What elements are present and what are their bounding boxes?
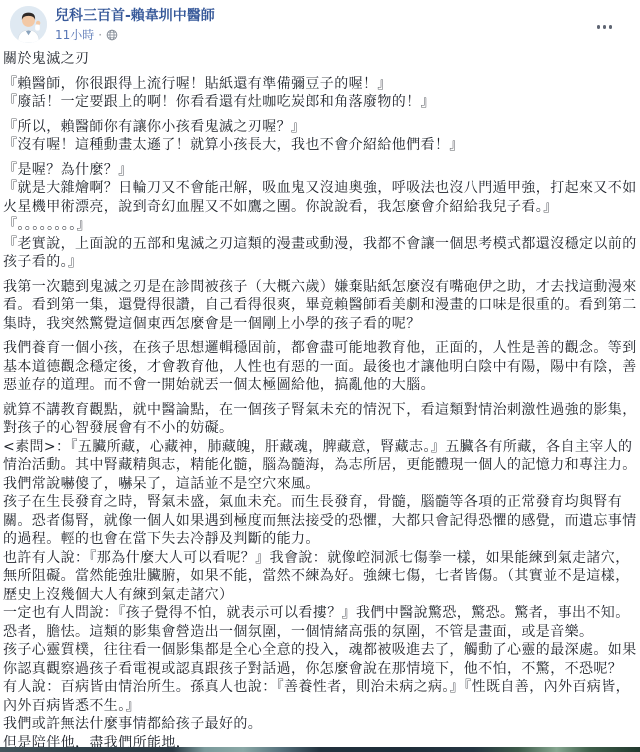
- post-paragraph: 『是喔？為什麼？』 『就是大雜燴啊？日輪刀又不會能卍解，吸血鬼又沒迪奧強，呼吸法…: [3, 161, 637, 272]
- post-paragraph: 我第一次聽到鬼滅之刃是在診間被孩子（大概六歲）嫌棄貼紙怎麼沒有嘴砲伊之助，才去找…: [3, 278, 637, 334]
- post-paragraph-title: 關於鬼滅之刃: [3, 50, 637, 69]
- attached-photo-top-edge[interactable]: [0, 747, 640, 752]
- post-header-text: 兒科三百首-賴韋圳中醫師 11小時 ·: [55, 6, 215, 42]
- doctor-avatar-image: [10, 6, 47, 43]
- post-paragraph: 『所以，賴醫師你有讓你小孩看鬼滅之刃喔？』 『沒有喔！這種動畫太遜了！就算小孩長…: [3, 118, 637, 155]
- globe-privacy-icon: [106, 29, 118, 41]
- post-meta: 11小時 ·: [55, 28, 215, 42]
- page-name-link[interactable]: 兒科三百首-賴韋圳中醫師: [55, 7, 215, 26]
- post-paragraph: 我們養育一個小孩，在孩子思想邏輯穩固前，都會盡可能地教育他，正面的，人性是善的觀…: [3, 339, 637, 395]
- post-paragraph: 就算不講教育觀點，就中醫論點，在一個孩子腎氣未充的情況下，看這類對情治刺激性過強…: [3, 401, 637, 752]
- post-header: 兒科三百首-賴韋圳中醫師 11小時 ·: [0, 0, 640, 45]
- meta-separator: ·: [98, 28, 102, 42]
- ellipsis-icon: [597, 25, 601, 29]
- post-paragraph: 『賴醫師，你很跟得上流行喔！貼紙還有準備彌豆子的喔！』 『廢話！一定要跟上的啊！…: [3, 75, 637, 112]
- page-avatar[interactable]: [10, 6, 47, 43]
- post-text: 關於鬼滅之刃 『賴醫師，你很跟得上流行喔！貼紙還有準備彌豆子的喔！』 『廢話！一…: [0, 45, 640, 752]
- facebook-post-card: 兒科三百首-賴韋圳中醫師 11小時 ·: [0, 0, 640, 752]
- more-options-button[interactable]: [593, 21, 617, 33]
- ellipsis-icon: [609, 25, 613, 29]
- post-timestamp-link[interactable]: 11小時: [55, 28, 94, 42]
- ellipsis-icon: [603, 25, 607, 29]
